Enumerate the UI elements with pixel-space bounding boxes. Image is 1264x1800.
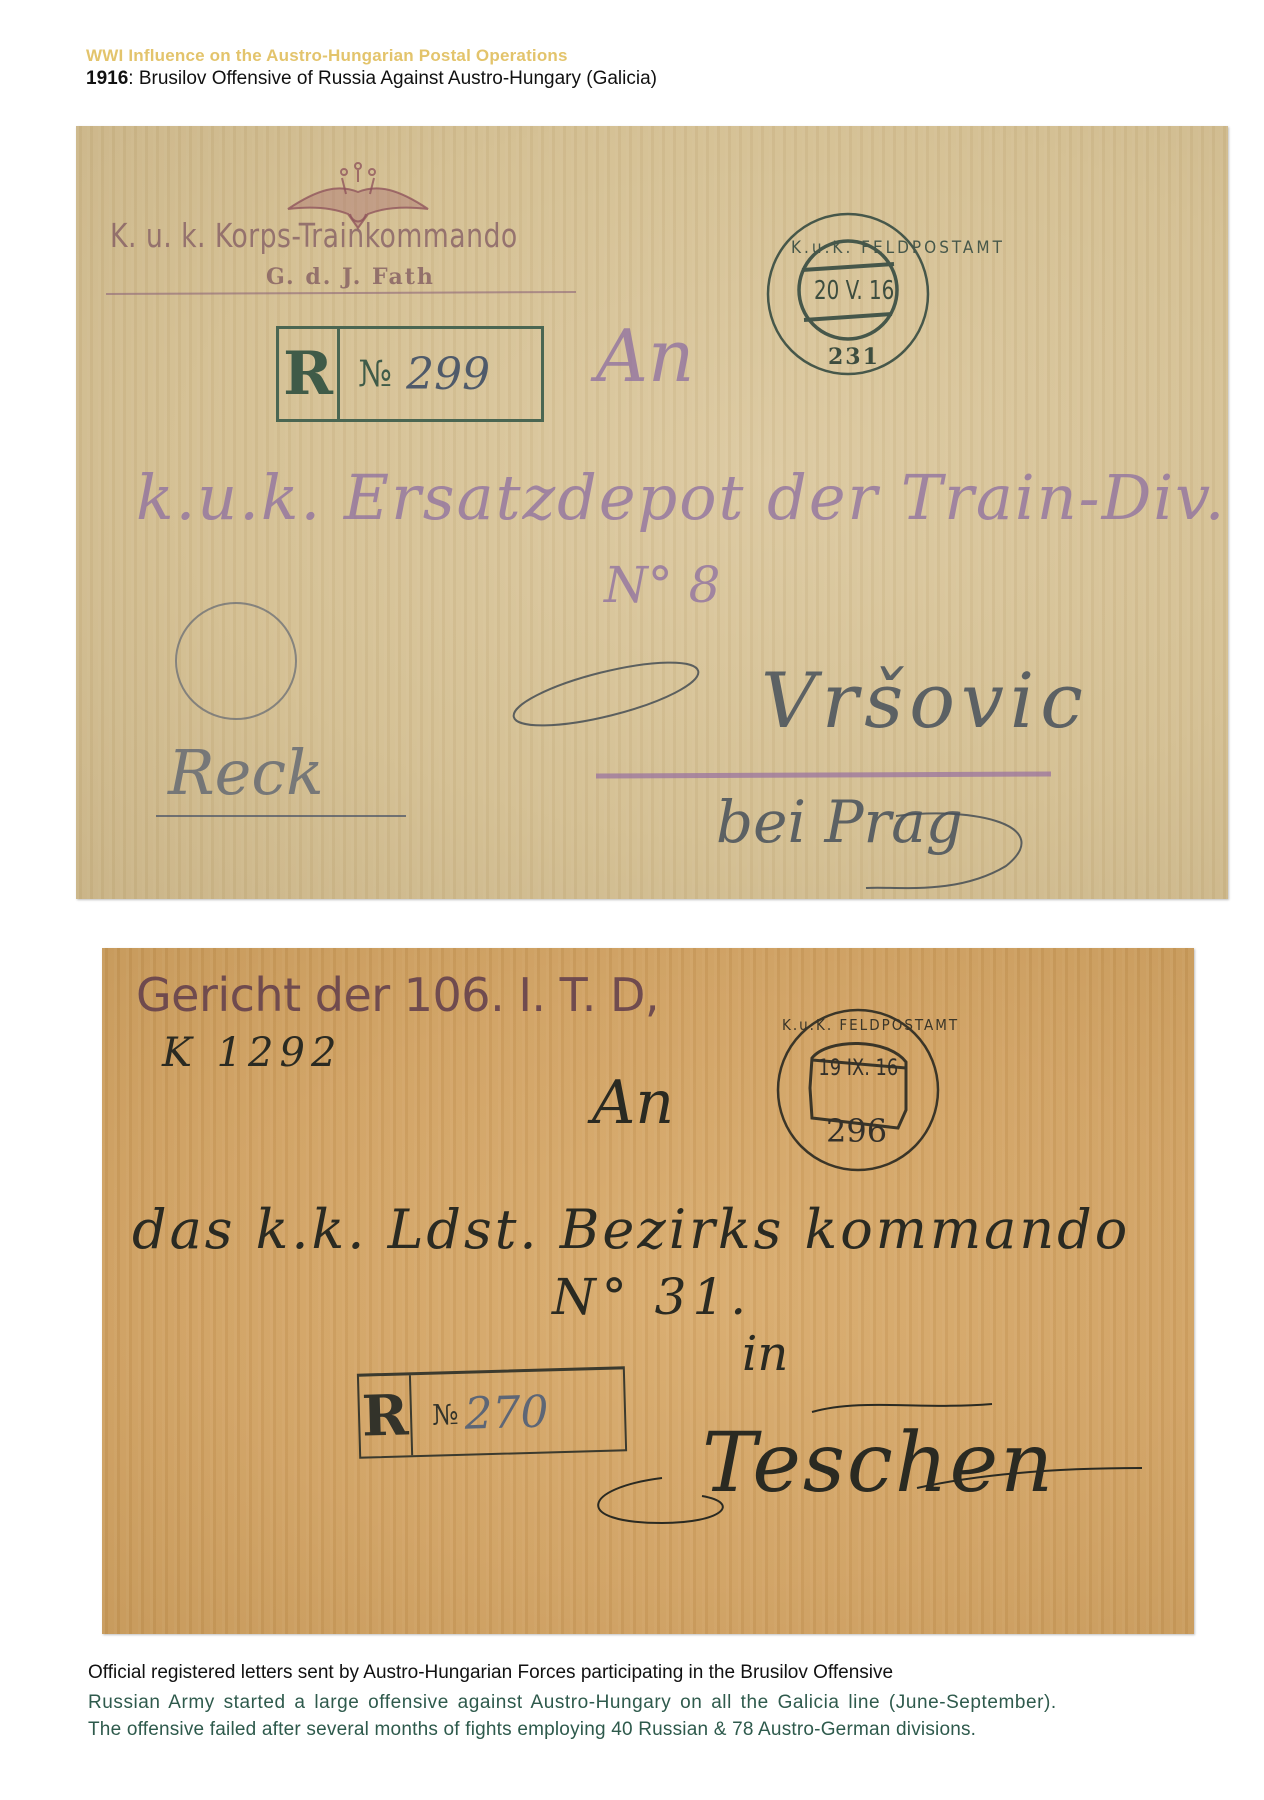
address-salutation: An	[596, 314, 694, 398]
registration-label: R № 299	[276, 326, 544, 422]
registration-letter: R	[279, 329, 340, 419]
caption-title: Official registered letters sent by Aust…	[88, 1662, 893, 1684]
address-line-1: k.u.k. Ersatzdepot der Train-Div.	[136, 461, 1226, 534]
registration-number: 270	[464, 1386, 549, 1439]
postmark-office-number: 231	[828, 344, 880, 370]
sender-stamp-line2: G. d. J. Fath	[266, 264, 435, 290]
registration-no-label: №	[432, 1397, 459, 1431]
postmark-date: 19 IX. 16	[818, 1056, 898, 1081]
envelope-cover-2: Gericht der 106. I. T. D, K 1292 K.u.K. …	[102, 948, 1194, 1634]
sender-stamp: K. u. k. Korps-Trainkommando	[110, 216, 518, 255]
postmark-office-number: 296	[826, 1112, 887, 1150]
series-title: WWI Influence on the Austro-Hungarian Po…	[86, 46, 568, 66]
registration-no-label: №	[358, 354, 392, 395]
postmark-ring-text: K.u.K. FELDPOSTAMT	[782, 1016, 932, 1034]
address-line-4: bei Prag	[716, 788, 963, 856]
page-title-year: 1916	[86, 68, 128, 89]
registration-letter: R	[359, 1375, 413, 1456]
registration-number: 299	[406, 349, 490, 400]
registration-number-cell: № 299	[340, 329, 490, 419]
address-line-2: N° 31.	[552, 1268, 752, 1326]
marginal-note: Reck	[168, 736, 324, 809]
sender-stamp: Gericht der 106. I. T. D,	[136, 968, 659, 1022]
address-salutation: An	[592, 1068, 674, 1138]
postmark-ring-text: K.u.K. FELDPOSTAMT	[791, 238, 961, 258]
caption-line-3: The offensive failed after several month…	[88, 1719, 976, 1741]
envelope-cover-1: K. u. k. Korps-Trainkommando G. d. J. Fa…	[76, 126, 1228, 899]
address-city: Vršovic	[761, 656, 1089, 745]
reference-number: K 1292	[162, 1030, 342, 1076]
address-line-3: in	[742, 1326, 788, 1382]
registration-label: R № 270	[357, 1366, 627, 1458]
page-title: 1916: Brusilov Offensive of Russia Again…	[86, 68, 657, 90]
address-line-2: N° 8	[604, 556, 720, 614]
postmark-date: 20 V. 16	[814, 276, 882, 306]
registration-number-cell: № 270	[411, 1371, 550, 1455]
caption-line-2: Russian Army started a large offensive a…	[88, 1692, 1057, 1714]
address-city: Teschen	[702, 1416, 1055, 1511]
page-title-text: : Brusilov Offensive of Russia Against A…	[128, 68, 657, 89]
address-line-1: das k.k. Ldst. Bezirks kommando	[132, 1198, 1130, 1261]
